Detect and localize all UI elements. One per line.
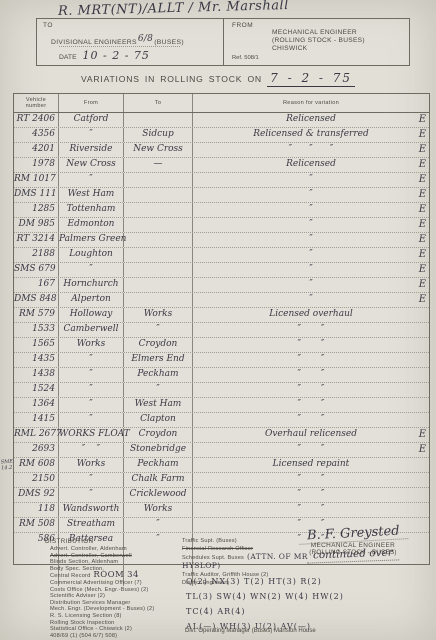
to-cell: Stonebridge bbox=[124, 443, 193, 457]
distribution-text: 408/69 (1) (504 6/7) 508) bbox=[50, 633, 117, 639]
to-cell bbox=[124, 278, 193, 292]
to-cell: Peckham bbox=[124, 458, 193, 472]
to-cell bbox=[124, 173, 193, 187]
to-cell: West Ham bbox=[124, 398, 193, 412]
table-row: 1415″Clapton″ ″ bbox=[14, 413, 429, 428]
e-marker: E bbox=[419, 443, 426, 456]
to-label: TO bbox=[43, 22, 53, 29]
vehicle-number: RM 579 bbox=[14, 308, 59, 322]
distribution-item: Scientific Adviser (2) bbox=[50, 593, 185, 600]
date-value: 10 - 2 - 75 bbox=[83, 49, 150, 62]
vehicle-number: 4356 bbox=[14, 128, 59, 142]
from-cell: Hornchurch bbox=[59, 278, 124, 292]
from-address: MECHANICAL ENGINEER (ROLLING STOCK - BUS… bbox=[272, 29, 365, 53]
reason-text: ″ ″ bbox=[298, 369, 325, 379]
from-cell: West Ham bbox=[59, 188, 124, 202]
to-cell: Elmers End bbox=[124, 353, 193, 367]
to-cell bbox=[124, 188, 193, 202]
distribution-text: Distribution Services Manager bbox=[50, 600, 130, 606]
from-cell: Tottenham bbox=[59, 203, 124, 217]
e-marker: E bbox=[419, 173, 426, 186]
from-cell: Holloway bbox=[59, 308, 124, 322]
reason-cell: ″E bbox=[193, 278, 429, 292]
distribution-text: Advert. Controller, Aldenham bbox=[50, 546, 127, 552]
from-cell: Streatham bbox=[59, 518, 124, 532]
reason-text: ″ bbox=[309, 204, 312, 214]
allocation-code-line: TL(3) SW(4) WN(2) W(4) HW(2) bbox=[186, 589, 344, 604]
from-cell: ″ bbox=[59, 353, 124, 367]
reason-cell: ″ ″ bbox=[193, 503, 429, 517]
allocation-code-line: Q(2) NX(3) T(2) HT(3) R(2) bbox=[186, 574, 344, 589]
to-handwritten-mark: 6/8 bbox=[138, 34, 153, 44]
reason-cell: ″E bbox=[193, 188, 429, 202]
to-cell: Croydon bbox=[124, 338, 193, 352]
reason-cell: ″ ″ bbox=[193, 353, 429, 367]
to-cell: Sidcup bbox=[124, 128, 193, 142]
reason-text: ″ bbox=[309, 249, 312, 259]
vehicle-number: 1285 bbox=[14, 203, 59, 217]
reason-cell: ″ ″ bbox=[193, 413, 429, 427]
table-row: 167Hornchurch″E bbox=[14, 278, 429, 293]
reason-text: ″ ″ bbox=[298, 414, 325, 424]
operating-manager-line: Divl. Operating Manager (Buses) Mansion … bbox=[185, 628, 316, 634]
reason-text: Licensed overhaul bbox=[269, 309, 353, 319]
table-row: RT 3214Palmers Green″E bbox=[14, 233, 429, 248]
from-label: FROM bbox=[232, 22, 253, 29]
col-header-to: To bbox=[124, 94, 193, 112]
to-cell: ″ bbox=[124, 383, 193, 397]
distribution-item: Commercial Advertising Officer (7) bbox=[50, 580, 185, 587]
distribution-text: Statistical Office - Chiswick (2) bbox=[50, 626, 132, 632]
to-box: TO DIVISIONAL ENGINEERS6/8(BUSES) DATE 1… bbox=[37, 19, 224, 65]
reason-cell: RelicensedE bbox=[193, 158, 429, 172]
distribution-text: Blinds Section, Aldenham bbox=[50, 559, 118, 565]
vehicle-number: SMS 679 bbox=[14, 263, 59, 277]
table-row: 1285Tottenham″E bbox=[14, 203, 429, 218]
table-row: SMS 679″″E bbox=[14, 263, 429, 278]
table-row: 1978New Cross—RelicensedE bbox=[14, 158, 429, 173]
to-cell: Works bbox=[124, 503, 193, 517]
table-row: DMS 92″Cricklewood″ ″ bbox=[14, 488, 429, 503]
reason-text: ″ ″ bbox=[298, 324, 325, 334]
to-cell bbox=[124, 263, 193, 277]
distribution-item: 408/69 (1) (504 6/7) 508) bbox=[50, 633, 185, 640]
distribution-text: Costs Office (Mech. Engr.-Buses) (2) bbox=[50, 587, 149, 593]
vehicle-number: RT 2406 bbox=[14, 113, 59, 127]
vehicle-number: 1978 bbox=[14, 158, 59, 172]
distribution-item: Central RecordROOM 34 bbox=[50, 572, 185, 580]
table-row: 2150″Chalk Farm″ ″ bbox=[14, 473, 429, 488]
distribution-text: Traffic Supt. (Buses) bbox=[182, 538, 237, 544]
from-cell: Camberwell bbox=[59, 323, 124, 337]
reason-text: ″ ″ bbox=[298, 474, 325, 484]
table-body: RT 2406CatfordRelicensedE4356″SidcupReli… bbox=[14, 113, 429, 547]
e-marker: E bbox=[419, 188, 426, 201]
table-row: 4356″SidcupRelicensed & transferredE bbox=[14, 128, 429, 143]
from-line2: (ROLLING STOCK - BUSES) bbox=[272, 37, 365, 45]
struck-distribution-text: Financial Research Officer bbox=[182, 546, 253, 552]
to-cell bbox=[124, 113, 193, 127]
reason-cell: RelicensedE bbox=[193, 113, 429, 127]
title-printed: VARIATIONS IN ROLLING STOCK ON bbox=[81, 74, 262, 84]
struck-distribution-text: Advert. Controller, Camberwell bbox=[50, 553, 132, 559]
e-marker: E bbox=[419, 278, 426, 291]
from-cell: Works bbox=[59, 338, 124, 352]
distribution-item: Blinds Section, Aldenham bbox=[50, 559, 185, 566]
distribution-item: Advert. Controller, Camberwell bbox=[50, 553, 185, 560]
to-cell: Peckham bbox=[124, 368, 193, 382]
e-marker: E bbox=[419, 428, 426, 441]
from-line1: MECHANICAL ENGINEER bbox=[272, 29, 365, 37]
from-cell: New Cross bbox=[59, 158, 124, 172]
reason-cell: ″E bbox=[193, 248, 429, 262]
table-row: 2693″ ″Stonebridge″ ″E bbox=[14, 443, 429, 458]
reason-text: ″ bbox=[309, 264, 312, 274]
to-cell: Chalk Farm bbox=[124, 473, 193, 487]
reason-cell: ″E bbox=[193, 173, 429, 187]
to-cell: New Cross bbox=[124, 143, 193, 157]
reason-text: ″ bbox=[309, 219, 312, 229]
reason-text: Licensed repaint bbox=[273, 459, 350, 469]
table-row: 1435″Elmers End″ ″ bbox=[14, 353, 429, 368]
to-cell: ″ bbox=[124, 518, 193, 532]
reference-number: Ref. 508/1 bbox=[232, 55, 259, 61]
vehicle-number: DM 985 bbox=[14, 218, 59, 232]
distribution-text: Scientific Adviser (2) bbox=[50, 593, 105, 599]
table-header-row: Vehicle number From To Reason for variat… bbox=[14, 94, 429, 113]
col-header-from: From bbox=[59, 94, 124, 112]
table-row: RML 2677WORKS FLOATCroydonOverhaul relic… bbox=[14, 428, 429, 443]
distribution-text: R. S. Licensing Section (8) bbox=[50, 613, 122, 619]
vehicle-number: 4201 bbox=[14, 143, 59, 157]
reason-cell: ″ ″E bbox=[193, 443, 429, 457]
e-marker: E bbox=[419, 203, 426, 216]
vehicle-number: 2188 bbox=[14, 248, 59, 262]
vehicle-number: 1364 bbox=[14, 398, 59, 412]
reason-cell: ″ ″ bbox=[193, 323, 429, 337]
to-cell bbox=[124, 203, 193, 217]
reason-cell: ″ ″ bbox=[193, 398, 429, 412]
table-row: 1524″″″ ″ bbox=[14, 383, 429, 398]
reason-text: ″ bbox=[309, 189, 312, 199]
reason-cell: ″E bbox=[193, 218, 429, 232]
table-row: RT 2406CatfordRelicensedE bbox=[14, 113, 429, 128]
to-cell: Clapton bbox=[124, 413, 193, 427]
table-row: 1533Camberwell″″ ″ bbox=[14, 323, 429, 338]
routing-annotation: R. MRT(NT)/ALLT / Mr. Marshall bbox=[58, 0, 289, 19]
vehicle-number: RM 1017 bbox=[14, 173, 59, 187]
vehicle-number: RML 2677 bbox=[14, 428, 59, 442]
e-marker: E bbox=[419, 143, 426, 156]
distribution-list-left: Advert. Controller, AldenhamAdvert. Cont… bbox=[50, 546, 185, 639]
reason-cell: ″ ″ bbox=[193, 368, 429, 382]
from-cell: Catford bbox=[59, 113, 124, 127]
reason-text: ″ ″ bbox=[298, 444, 325, 454]
reason-cell: ″E bbox=[193, 263, 429, 277]
table-row: RM 579HollowayWorksLicensed overhaul bbox=[14, 308, 429, 323]
vehicle-number: DMS 848 bbox=[14, 293, 59, 307]
vehicle-number: 167 bbox=[14, 278, 59, 292]
distribution-text: Rolling Stock Inspection bbox=[50, 620, 115, 626]
to-cell: Works bbox=[124, 308, 193, 322]
reason-cell: Overhaul relicensedE bbox=[193, 428, 429, 442]
title-date: 7 - 2 - 75 bbox=[267, 71, 355, 87]
distribution-item: Distribution Services Manager bbox=[50, 600, 185, 607]
document-title: VARIATIONS IN ROLLING STOCK ON 7 - 2 - 7… bbox=[0, 71, 436, 85]
from-box: FROM MECHANICAL ENGINEER (ROLLING STOCK … bbox=[224, 19, 409, 65]
to-cell bbox=[124, 218, 193, 232]
from-cell: ″ bbox=[59, 398, 124, 412]
allocation-codes: Q(2) NX(3) T(2) HT(3) R(2)TL(3) SW(4) WN… bbox=[186, 574, 344, 634]
table-row: DMS 848Alperton″E bbox=[14, 293, 429, 308]
from-cell: ″ bbox=[59, 473, 124, 487]
margin-annotation: SME 14.2 bbox=[1, 460, 14, 472]
reason-text: ″ bbox=[309, 174, 312, 184]
reason-cell: Licensed overhaul bbox=[193, 308, 429, 322]
to-cell: — bbox=[124, 158, 193, 172]
e-marker: E bbox=[419, 263, 426, 276]
distribution-text: Commercial Advertising Officer (7) bbox=[50, 580, 142, 586]
e-marker: E bbox=[419, 248, 426, 261]
reason-cell: ″ ″ bbox=[193, 338, 429, 352]
from-cell: Alperton bbox=[59, 293, 124, 307]
distribution-item: Costs Office (Mech. Engr.-Buses) (2) bbox=[50, 587, 185, 594]
vehicle-number: 2150 bbox=[14, 473, 59, 487]
distribution-text: Mech. Engr. (Development - Buses) (2) bbox=[50, 606, 154, 612]
from-cell: Works bbox=[59, 458, 124, 472]
reason-text: ″ ″ bbox=[298, 399, 325, 409]
table-row: 2188Loughton″E bbox=[14, 248, 429, 263]
distribution-title: DISTRIBUTION bbox=[45, 538, 93, 545]
reason-text: ″ ″ ″ bbox=[289, 144, 333, 154]
table-row: 1438″Peckham″ ″ bbox=[14, 368, 429, 383]
e-marker: E bbox=[419, 293, 426, 306]
to-cell: Cricklewood bbox=[124, 488, 193, 502]
reason-cell: ″ ″ bbox=[193, 473, 429, 487]
from-cell: WORKS FLOAT bbox=[59, 428, 124, 442]
to-cell: Croydon bbox=[124, 428, 193, 442]
reason-text: ″ ″ bbox=[298, 339, 325, 349]
table-row: 1565WorksCroydon″ ″ bbox=[14, 338, 429, 353]
from-cell: ″ bbox=[59, 173, 124, 187]
reason-cell: ″E bbox=[193, 203, 429, 217]
from-cell: ″ bbox=[59, 263, 124, 277]
variations-table: Vehicle number From To Reason for variat… bbox=[13, 93, 430, 565]
reason-text: ″ bbox=[309, 294, 312, 304]
distribution-item: Statistical Office - Chiswick (2) bbox=[50, 626, 185, 633]
signer-subtitle: (ROLLING STOCK - BUSES) bbox=[278, 549, 428, 556]
distribution-item: R. S. Licensing Section (8) bbox=[50, 613, 185, 620]
vehicle-number: 1565 bbox=[14, 338, 59, 352]
to-cell bbox=[124, 248, 193, 262]
handwritten-note: ROOM 34 bbox=[93, 570, 138, 580]
reason-text: Relicensed bbox=[286, 159, 336, 169]
date-label: DATE bbox=[59, 54, 77, 61]
vehicle-number: 1415 bbox=[14, 413, 59, 427]
from-cell: Palmers Green bbox=[59, 233, 124, 247]
from-cell: ″ bbox=[59, 128, 124, 142]
e-marker: E bbox=[419, 233, 426, 246]
vehicle-number: RM 608 bbox=[14, 458, 59, 472]
reason-text: Overhaul relicensed bbox=[265, 429, 357, 439]
vehicle-number: DMS 92 bbox=[14, 488, 59, 502]
e-marker: E bbox=[419, 218, 426, 231]
col-header-reason: Reason for variation bbox=[193, 94, 429, 112]
from-cell: ″ ″ bbox=[59, 443, 124, 457]
table-row: 118WandsworthWorks″ ″ bbox=[14, 503, 429, 518]
reason-text: ″ ″ bbox=[298, 354, 325, 364]
table-row: RM 608WorksPeckhamLicensed repaint bbox=[14, 458, 429, 473]
reason-cell: ″E bbox=[193, 293, 429, 307]
vehicle-number: 118 bbox=[14, 503, 59, 517]
vehicle-number: 1533 bbox=[14, 323, 59, 337]
from-line3: CHISWICK bbox=[272, 45, 365, 53]
col-header-vehicle: Vehicle number bbox=[14, 94, 59, 112]
reason-text: Relicensed bbox=[286, 114, 336, 124]
from-cell: ″ bbox=[59, 368, 124, 382]
table-row: DM 985Edmonton″E bbox=[14, 218, 429, 233]
from-cell: Riverside bbox=[59, 143, 124, 157]
distribution-item: Rolling Stock Inspection bbox=[50, 620, 185, 627]
table-row: DMS 111West Ham″E bbox=[14, 188, 429, 203]
table-row: 4201RiversideNew Cross″ ″ ″E bbox=[14, 143, 429, 158]
vehicle-number: RT 3214 bbox=[14, 233, 59, 247]
vehicle-number: 1438 bbox=[14, 368, 59, 382]
reason-cell: Licensed repaint bbox=[193, 458, 429, 472]
reason-text: ″ ″ bbox=[298, 489, 325, 499]
reason-text: ″ bbox=[309, 234, 312, 244]
e-marker: E bbox=[419, 128, 426, 141]
allocation-code-line: TC(4) AR(4) bbox=[186, 604, 344, 619]
distribution-item: Mech. Engr. (Development - Buses) (2) bbox=[50, 606, 185, 613]
vehicle-number: 2693 bbox=[14, 443, 59, 457]
vehicle-number: DMS 111 bbox=[14, 188, 59, 202]
to-cell: ″ bbox=[124, 323, 193, 337]
table-row: RM 1017″″E bbox=[14, 173, 429, 188]
from-cell: Loughton bbox=[59, 248, 124, 262]
reason-cell: ″E bbox=[193, 233, 429, 247]
reason-text: ″ ″ bbox=[298, 504, 325, 514]
reason-cell: Relicensed & transferredE bbox=[193, 128, 429, 142]
e-marker: E bbox=[419, 158, 426, 171]
from-cell: Wandsworth bbox=[59, 503, 124, 517]
from-cell: ″ bbox=[59, 488, 124, 502]
distribution-item: Advert. Controller, Aldenham bbox=[50, 546, 185, 553]
vehicle-number: 1524 bbox=[14, 383, 59, 397]
reason-text: Relicensed & transferred bbox=[253, 129, 369, 139]
vehicle-number: RM 508 bbox=[14, 518, 59, 532]
address-header-box: TO DIVISIONAL ENGINEERS6/8(BUSES) DATE 1… bbox=[36, 18, 410, 66]
distribution-text: Central Record bbox=[50, 573, 90, 579]
reason-cell: ″ ″ bbox=[193, 488, 429, 502]
reason-cell: ″ ″ bbox=[193, 383, 429, 397]
reason-text: ″ ″ bbox=[298, 384, 325, 394]
to-cell bbox=[124, 233, 193, 247]
e-marker: E bbox=[419, 113, 426, 126]
to-cell bbox=[124, 293, 193, 307]
from-cell: Edmonton bbox=[59, 218, 124, 232]
scanned-memo-page: R. MRT(NT)/ALLT / Mr. Marshall TO DIVISI… bbox=[0, 0, 436, 640]
reason-text: ″ bbox=[309, 279, 312, 289]
vehicle-number: 1435 bbox=[14, 353, 59, 367]
reason-cell: ″ ″ ″E bbox=[193, 143, 429, 157]
table-row: 1364″West Ham″ ″ bbox=[14, 398, 429, 413]
from-cell: ″ bbox=[59, 383, 124, 397]
from-cell: ″ bbox=[59, 413, 124, 427]
date-row: DATE 10 - 2 - 75 bbox=[59, 46, 180, 62]
signature-block: B. F. Greysted MECHANICAL ENGINEER (ROLL… bbox=[278, 524, 428, 556]
